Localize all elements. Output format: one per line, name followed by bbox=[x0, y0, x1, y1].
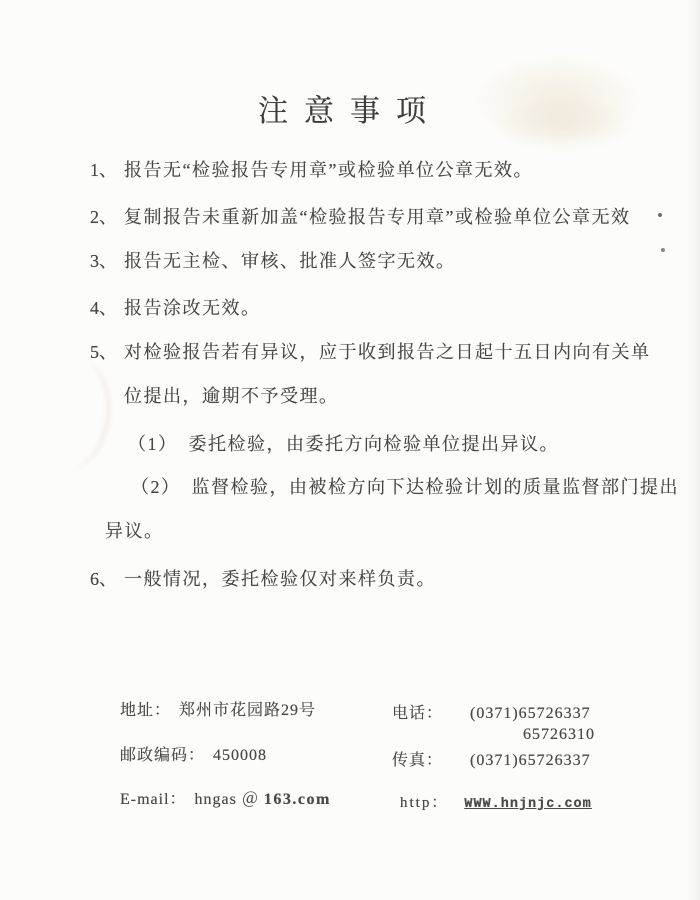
http-label: http： bbox=[400, 795, 448, 811]
website-url: WWW.hnjnjc.com bbox=[464, 797, 591, 812]
email-domain: 163.com bbox=[264, 791, 331, 808]
document-page: 注意事项 1、报告无“检验报告专用章”或检验单位公章无效。 2、复制报告未重新加… bbox=[0, 0, 700, 900]
fax-row: 传真：(0371)65726337 bbox=[392, 747, 591, 770]
email-label: E-mail： bbox=[120, 791, 187, 808]
website-row: http：WWW.hnjnjc.com bbox=[400, 791, 592, 812]
email-row: E-mail：hngas ＠ 163.com bbox=[120, 786, 331, 809]
phone-secondary: 65726310 bbox=[523, 726, 595, 744]
postal-row: 邮政编码：450008 bbox=[120, 742, 267, 765]
contact-footer: 地址：郑州市花园路29号 电话：(0371)65726337 65726310 … bbox=[0, 0, 700, 900]
phone-label: 电话： bbox=[392, 700, 464, 723]
phone-value: (0371)65726337 bbox=[470, 705, 591, 722]
address-value: 郑州市花园路29号 bbox=[179, 702, 316, 719]
email-user: hngas bbox=[195, 791, 237, 808]
address-row: 地址：郑州市花园路29号 bbox=[120, 697, 316, 720]
phone-row: 电话：(0371)65726337 bbox=[392, 700, 591, 723]
postal-label: 邮政编码： bbox=[120, 747, 205, 764]
fax-label: 传真： bbox=[392, 747, 464, 770]
postal-value: 450008 bbox=[213, 747, 267, 764]
address-label: 地址： bbox=[120, 702, 171, 719]
fax-value: (0371)65726337 bbox=[470, 752, 591, 769]
at-symbol: ＠ bbox=[242, 791, 259, 808]
